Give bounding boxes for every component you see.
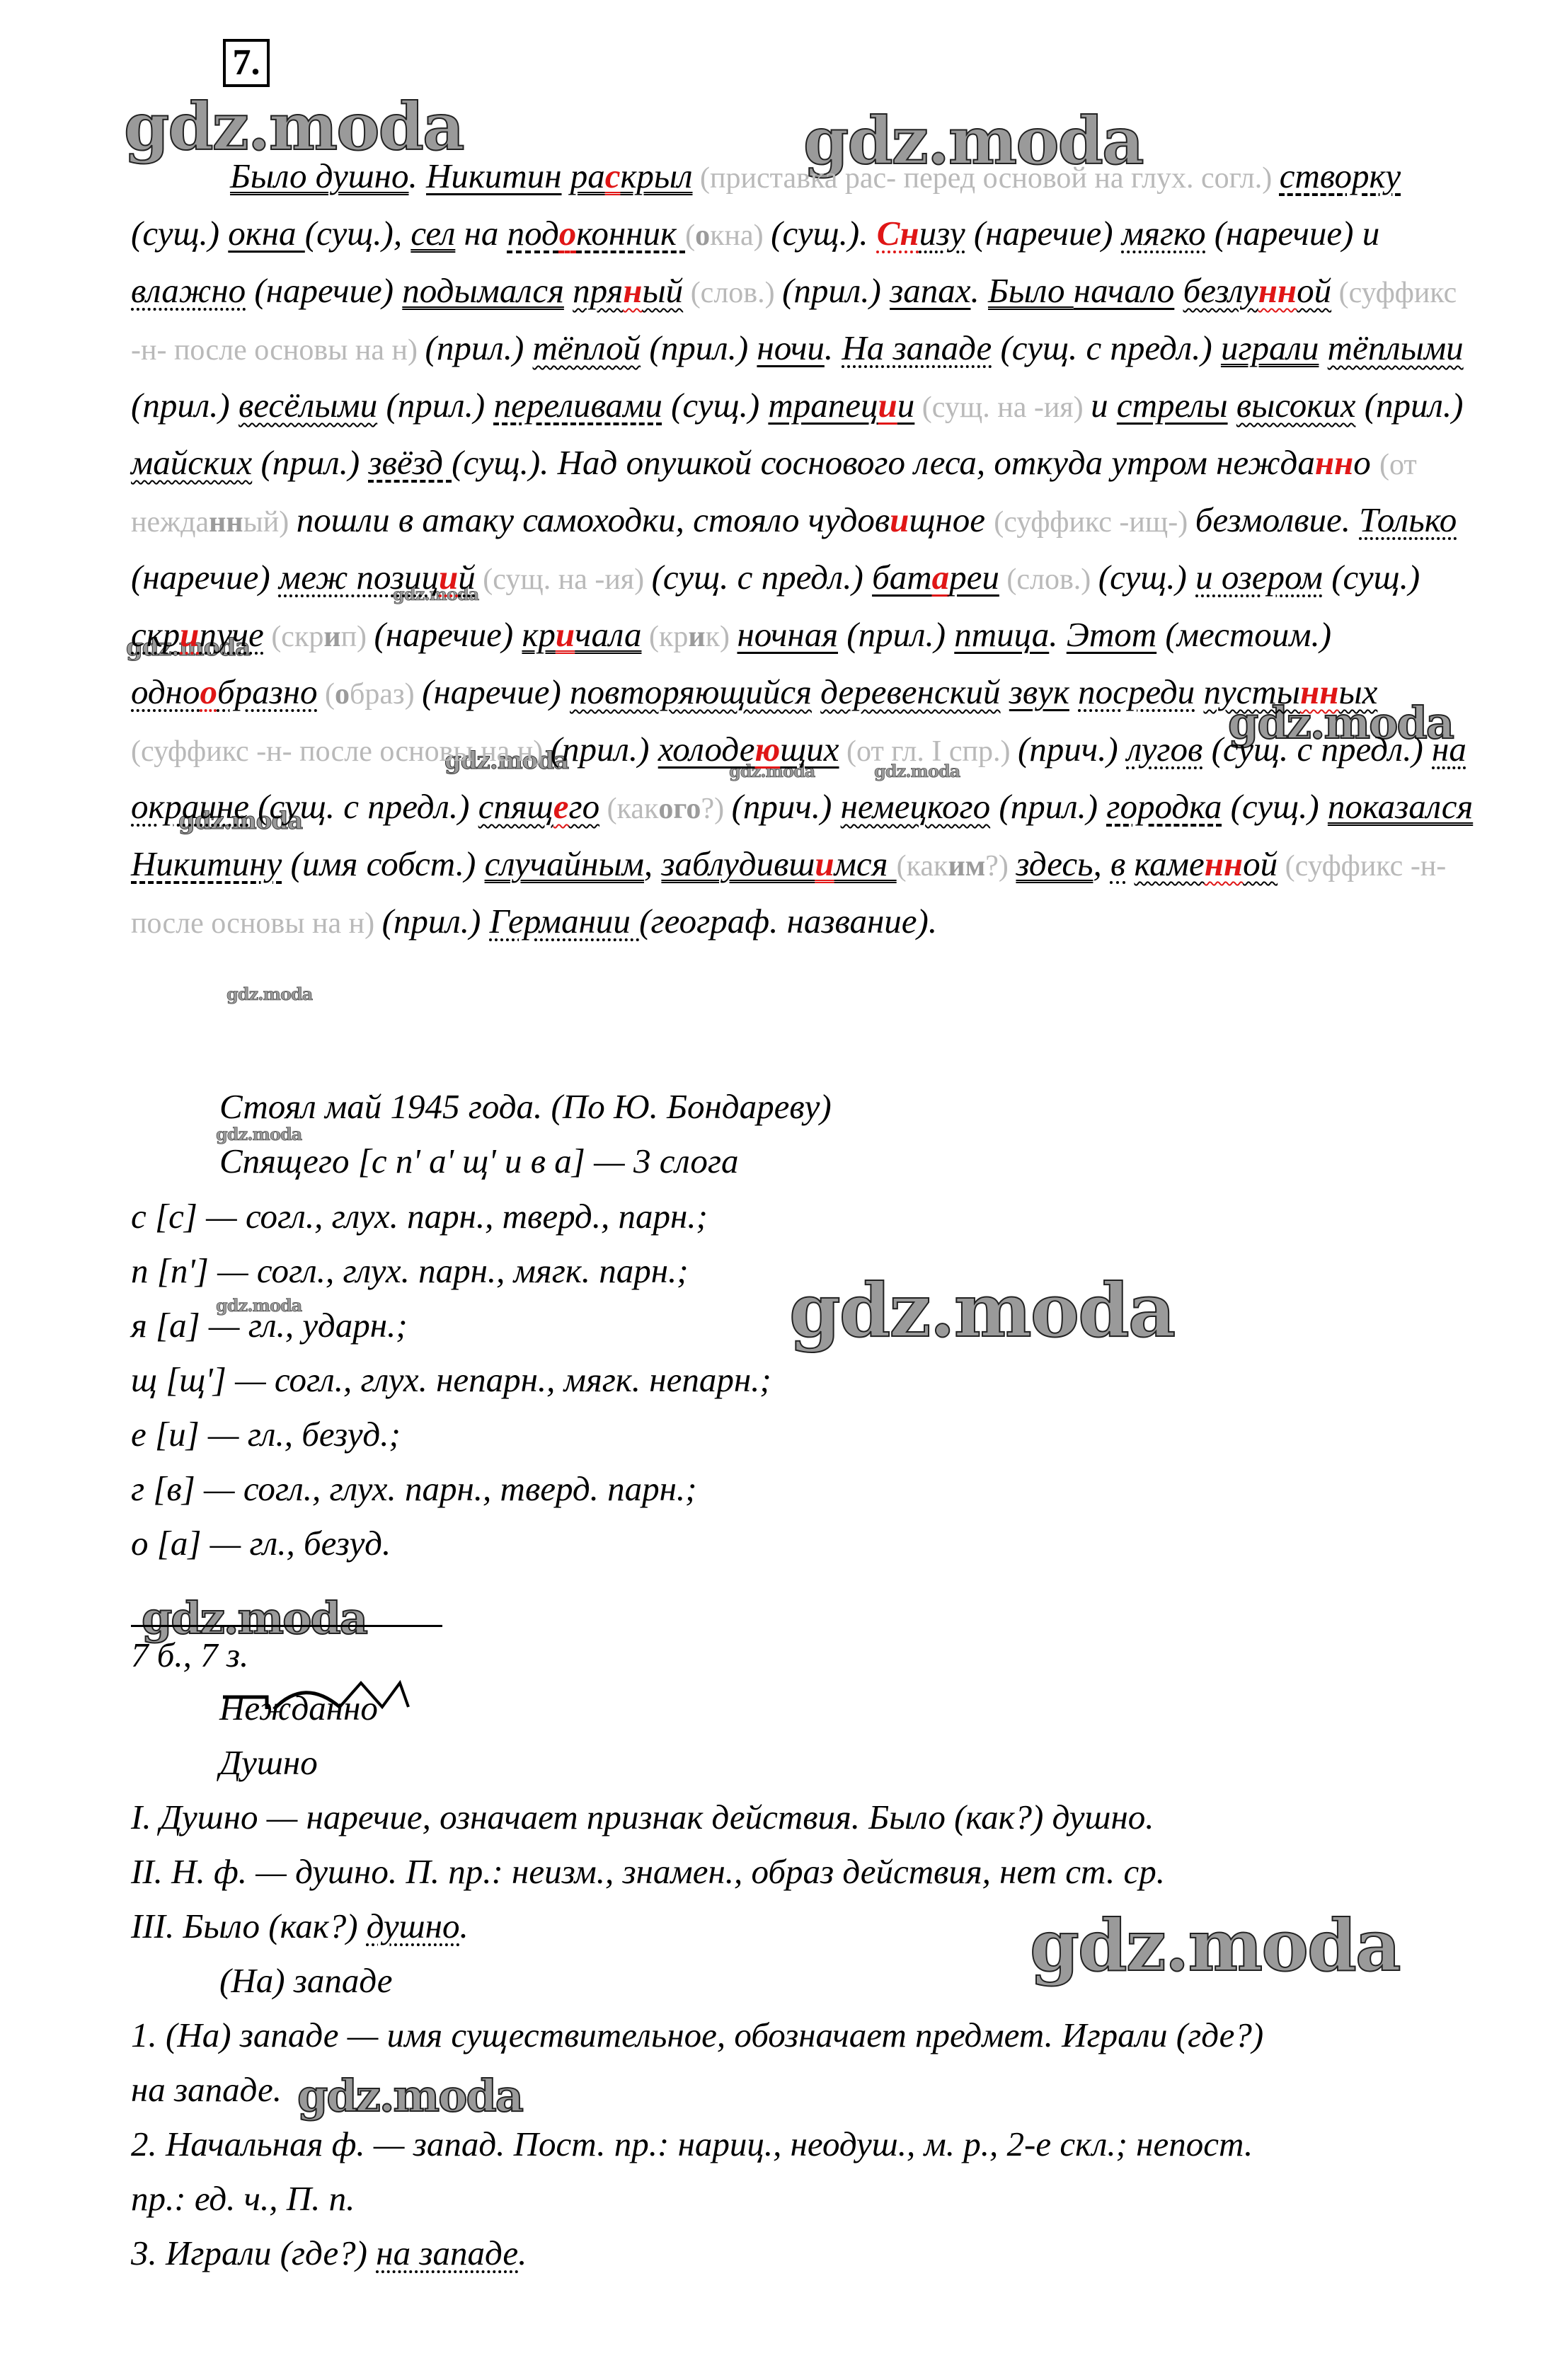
text-segment: (наречие)	[131, 558, 279, 597]
sentence-member: повторяющийся	[570, 672, 812, 711]
document-page: 7. gdz.moda gdz.moda gdz.moda gdz.moda g…	[0, 0, 1550, 2380]
parsing-line: II. Н. ф. — душно. П. пр.: неизм., знаме…	[131, 1851, 1165, 1892]
sentence-member: Было душно	[230, 156, 409, 195]
text-segment: и	[1091, 386, 1117, 425]
watermark: gdz.moda	[1030, 1904, 1400, 1987]
sentence-member: весёлыми	[239, 386, 377, 425]
exercise-paragraph: Было душно. Никитин раскрыл (приставка р…	[131, 149, 1490, 951]
sentence-member: и	[180, 615, 199, 654]
annotation: к)	[706, 621, 737, 653]
sentence-member: сел	[411, 214, 455, 253]
annotation: браз)	[350, 678, 422, 711]
text-segment: (сущ.)	[1098, 558, 1195, 597]
text-segment: (географ. название).	[639, 902, 937, 941]
task-number: 7.	[223, 39, 270, 87]
sentence-member: ый	[643, 271, 684, 310]
sentence-member: и	[439, 558, 458, 597]
text-segment: (наречие)	[422, 672, 570, 711]
sentence-member: нн	[1205, 844, 1243, 883]
annotation: (скр	[264, 621, 324, 653]
parsing-line: на западе.	[131, 2069, 282, 2110]
parsing-line: 3. Играли (где?) на западе.	[131, 2233, 527, 2273]
watermark: gdz.moda	[297, 2070, 522, 2122]
text-segment: (прил.)	[782, 271, 890, 310]
phonetic-row: п [п'] — согл., глух. парн., мягк. парн.…	[131, 1251, 689, 1291]
morpheme-word: Нежданно	[219, 1688, 378, 1728]
text-segment: .	[970, 271, 988, 310]
annotation: ого	[658, 793, 701, 825]
sentence-member: переливами	[493, 386, 662, 425]
sentence-member: безлу	[1183, 271, 1258, 310]
sentence-member: о	[200, 672, 217, 711]
watermark: gdz.moda	[789, 1267, 1174, 1354]
sentence-member: под	[507, 214, 559, 253]
text-segment: (прил.)	[990, 787, 1106, 826]
annotation: (приставка рас- перед основой на глух. с…	[693, 162, 1280, 195]
sentence-member: с	[605, 156, 621, 195]
text-segment: безмолвие.	[1195, 500, 1360, 539]
sentence-member: чала	[575, 615, 641, 654]
sentence-member: лугов	[1127, 730, 1202, 769]
sentence-member: начало	[1074, 271, 1175, 310]
text-segment: (наречие) и	[1206, 214, 1380, 253]
sentence-member: подымался	[402, 271, 564, 310]
sentence-member: Только	[1359, 500, 1457, 539]
annotation: ый)	[243, 506, 297, 539]
sentence-member: й	[458, 558, 476, 597]
sentence-member: меж позиц	[279, 558, 439, 597]
text-segment	[1125, 844, 1134, 883]
watermark: gdz.moda	[226, 984, 312, 1004]
text-segment: (прил.)	[551, 730, 658, 769]
text-segment: (сущ.)	[1323, 558, 1420, 597]
sentence-member: е	[553, 787, 569, 826]
sentence-member: пуче	[199, 615, 263, 654]
text-segment: (сущ.)	[662, 386, 769, 425]
text-segment: (сущ. с предл.)	[992, 328, 1221, 367]
sentence-member: Никитин	[426, 156, 562, 195]
annotation: о	[335, 678, 350, 711]
text-segment: нн	[1315, 443, 1353, 482]
text-segment	[562, 156, 570, 195]
sentence-member: запах	[890, 271, 970, 310]
text-segment: (прич.)	[732, 787, 841, 826]
text-segment: (прил.)	[382, 902, 490, 941]
sentence-member: Никитину	[131, 844, 282, 883]
text-segment: (наречие)	[965, 214, 1122, 253]
annotation: (сущ. на -ия)	[914, 391, 1091, 424]
annotation: (сущ. на -ия)	[476, 563, 652, 596]
sentence-member: мся	[834, 844, 897, 883]
text-segment: (сущ.)	[1222, 787, 1328, 826]
sentence-member: и	[815, 844, 834, 883]
text-segment: .	[1049, 615, 1067, 654]
phonetic-row: е [и] — гл., безуд.;	[131, 1414, 401, 1454]
sentence-member: высоких	[1236, 386, 1356, 425]
annotation: нн	[209, 506, 243, 539]
sentence-member: мягко	[1122, 214, 1206, 253]
sentence-member: холоде	[658, 730, 755, 769]
sentence-member: ой	[1243, 844, 1278, 883]
phonetic-row: я [а] — гл., ударн.;	[131, 1305, 408, 1345]
text-segment: (сущ.).	[771, 214, 877, 253]
text-segment: (прил.)	[377, 386, 493, 425]
sentence-member: ночи	[757, 328, 824, 367]
annotation: ?)	[985, 850, 1016, 883]
annotation: им	[948, 850, 985, 883]
sentence-member: майских	[131, 443, 252, 482]
text-segment: .	[825, 328, 842, 367]
text-segment: (прил.)	[641, 328, 757, 367]
source-line: Стоял май 1945 года. (По Ю. Бондареву)	[219, 1086, 832, 1127]
text-segment: (прил.)	[1355, 386, 1463, 425]
phonetic-row: щ [щ'] — согл., глух. непарн., мягк. неп…	[131, 1359, 771, 1400]
sentence-member: играли	[1221, 328, 1319, 367]
text-segment: (прил.)	[425, 328, 533, 367]
sentence-member: заблудивш	[661, 844, 815, 883]
sentence-member: немецкого	[841, 787, 991, 826]
annotation: (суффикс -н- после основы на н)	[131, 735, 551, 768]
annotation: (	[318, 678, 335, 711]
divider	[131, 1625, 442, 1627]
sentence-member: изу	[919, 214, 965, 253]
sentence-member: посреди	[1078, 672, 1195, 711]
text-segment: (сущ.)	[131, 214, 228, 253]
sentence-member: и	[897, 386, 915, 425]
text-segment: (прил.)	[131, 386, 239, 425]
sentence-member: ра	[570, 156, 605, 195]
sentence-member: пусты	[1203, 672, 1300, 711]
text-segment: (сущ. с предл.)	[652, 558, 872, 597]
sentence-member: н	[623, 271, 642, 310]
text-segment: пошли в атаку самоходки, стояло чудов	[297, 500, 890, 539]
sentence-member: случайным	[485, 844, 644, 883]
sentence-member: городка	[1106, 787, 1222, 826]
sentence-member: Этот	[1067, 615, 1156, 654]
text-segment	[564, 271, 573, 310]
text-segment	[1069, 672, 1078, 711]
sentence-member: бат	[872, 558, 932, 597]
phonetic-row: с [с] — согл., глух. парн., тверд., парн…	[131, 1196, 708, 1236]
sentence-member: крыл	[621, 156, 693, 195]
sentence-member: Сн	[877, 214, 919, 253]
text-segment: (наречие)	[246, 271, 402, 310]
sentence-member: Было	[988, 271, 1074, 310]
sentence-member: кр	[522, 615, 555, 654]
annotation: ?)	[701, 793, 731, 825]
annotation: (от гл. I спр.)	[839, 735, 1018, 768]
phonetic-summary: 7 б., 7 з.	[131, 1635, 248, 1675]
sentence-member: На западе	[842, 328, 992, 367]
annotation: (как	[897, 850, 948, 883]
sentence-member: здесь	[1016, 844, 1093, 883]
sentence-member: бразно	[217, 672, 318, 711]
text-segment	[1195, 672, 1203, 711]
text-segment	[1174, 271, 1183, 310]
sentence-member: реи	[949, 558, 999, 597]
parsing-line: I. Душно — наречие, означает признак дей…	[131, 1797, 1154, 1837]
sentence-member: и	[878, 386, 897, 425]
annotation: п)	[341, 621, 374, 653]
annotation: (слов.)	[683, 277, 782, 309]
sentence-member: влажно	[131, 271, 246, 310]
sentence-member: ой	[1297, 271, 1331, 310]
sentence-member: и	[556, 615, 575, 654]
sentence-member: ых	[1338, 672, 1377, 711]
annotation: (как	[599, 793, 658, 825]
text-segment: ,	[644, 844, 662, 883]
annotation: и	[688, 621, 705, 653]
annotation: о	[695, 219, 710, 252]
sentence-member: на западе	[376, 2234, 518, 2272]
annotation: и	[323, 621, 340, 653]
text-segment: (сущ. с предл.)	[249, 787, 478, 826]
sentence-member: и озером	[1195, 558, 1323, 597]
parsing-line: III. Было (как?) душно.	[131, 1906, 469, 1946]
text-segment: (сущ. с предл.)	[1202, 730, 1432, 769]
text-segment: (сущ.). Над опушкой соснового леса, отку…	[452, 443, 1315, 482]
sentence-member: звук	[1009, 672, 1069, 711]
sentence-member: одно	[131, 672, 200, 711]
sentence-member: деревенский	[820, 672, 1000, 711]
sentence-member: о	[559, 214, 577, 253]
sentence-member: показался	[1328, 787, 1473, 826]
sentence-member: стрелы	[1117, 386, 1228, 425]
sentence-member: скр	[131, 615, 180, 654]
sentence-member: а	[932, 558, 950, 597]
text-segment: о	[1353, 443, 1379, 482]
sentence-member: тёплой	[533, 328, 641, 367]
sentence-member: го	[568, 787, 599, 826]
sentence-member: спящ	[478, 787, 553, 826]
text-segment: (наречие)	[374, 615, 522, 654]
sentence-member: конник	[576, 214, 685, 253]
text-segment	[1001, 672, 1009, 711]
sentence-member: нн	[1300, 672, 1338, 711]
text-segment: .	[409, 156, 427, 195]
text-segment	[1319, 328, 1327, 367]
text-segment: ,	[1093, 844, 1110, 883]
text-segment: (имя собст.)	[282, 844, 484, 883]
sentence-member: тёплыми	[1328, 328, 1464, 367]
sentence-member: каме	[1134, 844, 1204, 883]
text-segment: (прил.)	[252, 443, 368, 482]
sentence-member: Германии	[490, 902, 640, 941]
phonetic-header: Спящего [с п' а' щ' и в а] — 3 слога	[219, 1141, 739, 1181]
annotation: (слов.)	[999, 563, 1098, 596]
phonetic-row: о [а] — гл., безуд.	[131, 1523, 391, 1563]
annotation: кна)	[710, 219, 771, 252]
annotation: (	[685, 219, 695, 252]
sentence-member: в	[1110, 844, 1125, 883]
parsed-word: Душно	[219, 1742, 318, 1783]
sentence-member: душно	[367, 1907, 460, 1945]
text-segment	[1228, 386, 1236, 425]
phonetic-row: г [в] — согл., глух. парн., тверд. парн.…	[131, 1468, 696, 1509]
sentence-member: звёзд	[368, 443, 452, 482]
sentence-member: трапец	[768, 386, 878, 425]
sentence-member: птица	[954, 615, 1049, 654]
text-segment: (прил.)	[838, 615, 954, 654]
text-segment: на	[455, 214, 507, 253]
text-segment	[812, 672, 820, 711]
sentence-member: створку	[1280, 156, 1401, 195]
sentence-member: окна	[228, 214, 304, 253]
parsed-word: (На) западе	[219, 1960, 393, 2001]
text-segment: (сущ.),	[305, 214, 411, 253]
sentence-member: ю	[754, 730, 780, 769]
sentence-member: ночная	[737, 615, 839, 654]
sentence-member: пря	[573, 271, 623, 310]
text-segment: (местоим.)	[1156, 615, 1331, 654]
parsing-line: 1. (На) западе — имя существительное, об…	[131, 2015, 1263, 2055]
sentence-member: щих	[780, 730, 839, 769]
text-segment: (прич.)	[1018, 730, 1127, 769]
parsing-line: 2. Начальная ф. — запад. Пост. пр.: нари…	[131, 2124, 1253, 2164]
annotation: (суффикс -ищ-)	[994, 506, 1195, 539]
annotation: (кр	[641, 621, 688, 653]
text-segment: и	[890, 500, 909, 539]
parsing-line: пр.: ед. ч., П. п.	[131, 2178, 355, 2219]
text-segment: щное	[909, 500, 994, 539]
sentence-member: нн	[1258, 271, 1297, 310]
